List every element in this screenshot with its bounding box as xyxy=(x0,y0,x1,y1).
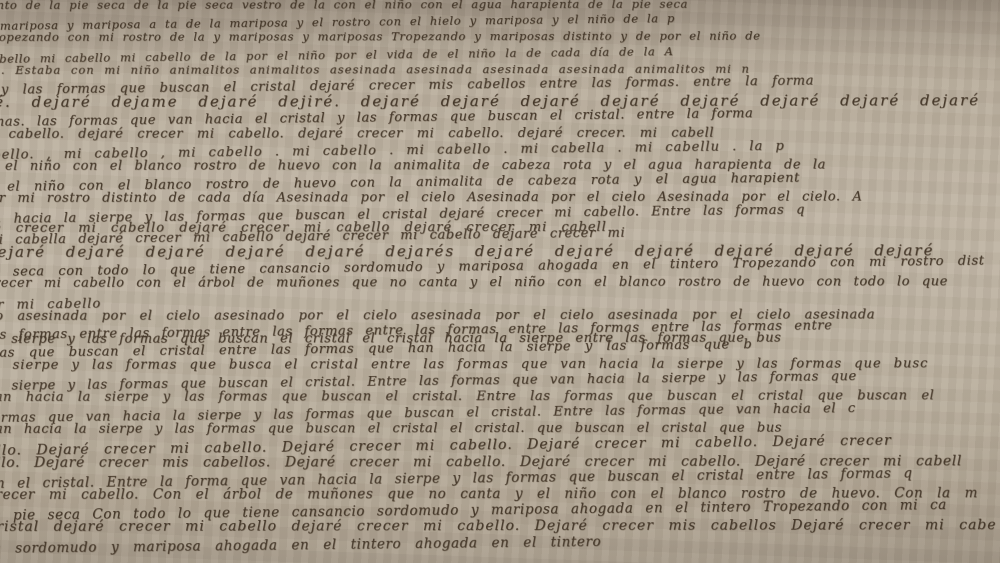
handwriting-lines: pinto de la pie seca de la pie seca vest… xyxy=(0,0,1000,554)
manuscript-photo: pinto de la pie seca de la pie seca vest… xyxy=(0,0,1000,563)
